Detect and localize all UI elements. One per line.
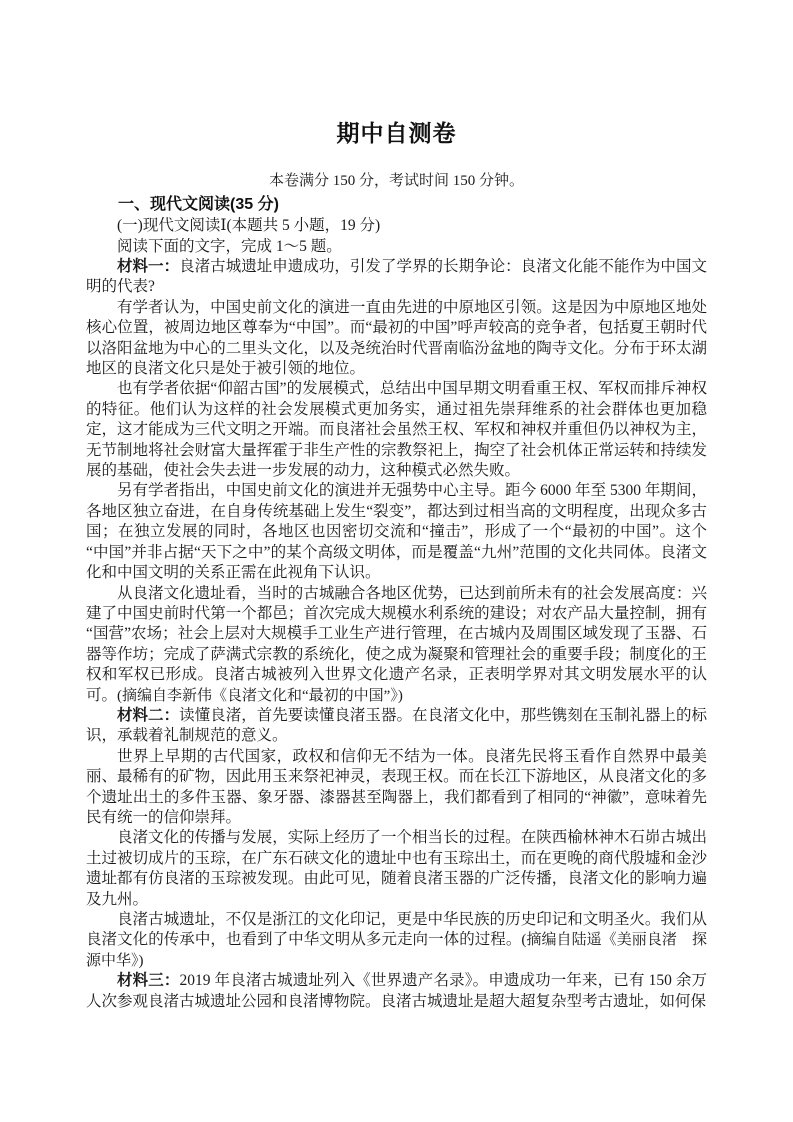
material-label: 材料三：	[117, 972, 180, 989]
paragraph-text: 有学者认为，中国史前文化的演进一直由先进的中原地区引领。这是因为中原地区地处核心…	[86, 299, 707, 377]
passage-paragraph: 有学者认为，中国史前文化的演进一直由先进的中原地区引领。这是因为中原地区地处核心…	[86, 298, 707, 380]
passage-paragraph: 也有学者依据“仰韶古国”的发展模式，总结出中国早期文明看重王权、军权而排斥神权的…	[86, 379, 707, 481]
paragraph-text: 良渚文化的传播与发展，实际上经历了一个相当长的过程。在陕西榆林神木石峁古城出土过…	[86, 829, 707, 907]
passage-paragraph: 材料三：2019 年良渚古城遗址列入《世界遗产名录》。申遗成功一年来，已有 15…	[86, 971, 707, 1012]
material-label: 材料一：	[117, 258, 179, 275]
passage-paragraph: 世界上早期的古代国家，政权和信仰无不结为一体。良渚先民将玉看作自然界中最美丽、最…	[86, 747, 707, 829]
passage-paragraph: 材料二：读懂良渚，首先要读懂良渚玉器。在良渚文化中，那些镌刻在玉制礼器上的标识，…	[86, 706, 707, 747]
exam-content: 一、现代文阅读(35 分) (一)现代文阅读Ⅰ(本题共 5 小题，19 分) 阅…	[86, 194, 707, 1012]
paragraph-text: 另有学者指出，中国史前文化的演进并无强势中心主导。距今 6000 年至 5300…	[86, 482, 707, 581]
paragraph-text: 良渚古城遗址申遗成功，引发了学界的长期争论：良渚文化能不能作为中国文明的代表?	[86, 258, 707, 295]
passage-paragraph: 良渚古城遗址，不仅是浙江的文化印记，更是中华民族的历史印记和文明圣火。我们从良渚…	[86, 910, 707, 971]
page-title: 期中自测卷	[0, 115, 793, 148]
section-heading-modern-reading: 一、现代文阅读(35 分)	[86, 194, 707, 215]
paragraph-text: 2019 年良渚古城遗址列入《世界遗产名录》。申遗成功一年来，已有 150 余万…	[86, 972, 707, 1009]
passage-paragraph: 材料一：良渚古城遗址申遗成功，引发了学界的长期争论：良渚文化能不能作为中国文明的…	[86, 257, 707, 298]
passage-paragraph: 从良渚文化遗址看，当时的古城融合各地区优势，已达到前所未有的社会发展高度：兴建了…	[86, 584, 707, 706]
paragraph-text: 世界上早期的古代国家，政权和信仰无不结为一体。良渚先民将玉看作自然界中最美丽、最…	[86, 748, 707, 826]
passage-paragraph: 另有学者指出，中国史前文化的演进并无强势中心主导。距今 6000 年至 5300…	[86, 481, 707, 583]
material-label: 材料二：	[117, 707, 179, 724]
exam-paper-page: 期中自测卷 本卷满分 150 分，考试时间 150 分钟。 一、现代文阅读(35…	[0, 0, 793, 1122]
paragraph-text: 从良渚文化遗址看，当时的古城融合各地区优势，已达到前所未有的社会发展高度：兴建了…	[86, 585, 707, 704]
exam-info-line: 本卷满分 150 分，考试时间 150 分钟。	[86, 171, 707, 191]
reading-passage: 材料一：良渚古城遗址申遗成功，引发了学界的长期争论：良渚文化能不能作为中国文明的…	[86, 257, 707, 1012]
source-citation: (摘编自李新伟《良渚文化和“最初的中国”》)	[117, 688, 403, 704]
passage-paragraph: 良渚文化的传播与发展，实际上经历了一个相当长的过程。在陕西榆林神木石峁古城出土过…	[86, 828, 707, 910]
section-subheading-reading-1: (一)现代文阅读Ⅰ(本题共 5 小题，19 分)	[86, 215, 707, 236]
paragraph-text: 也有学者依据“仰韶古国”的发展模式，总结出中国早期文明看重王权、军权而排斥神权的…	[86, 380, 707, 479]
paragraph-text: 读懂良渚，首先要读懂良渚玉器。在良渚文化中，那些镌刻在玉制礼器上的标识，承载着礼…	[86, 707, 707, 744]
reading-instruction: 阅读下面的文字，完成 1～5 题。	[86, 236, 707, 257]
